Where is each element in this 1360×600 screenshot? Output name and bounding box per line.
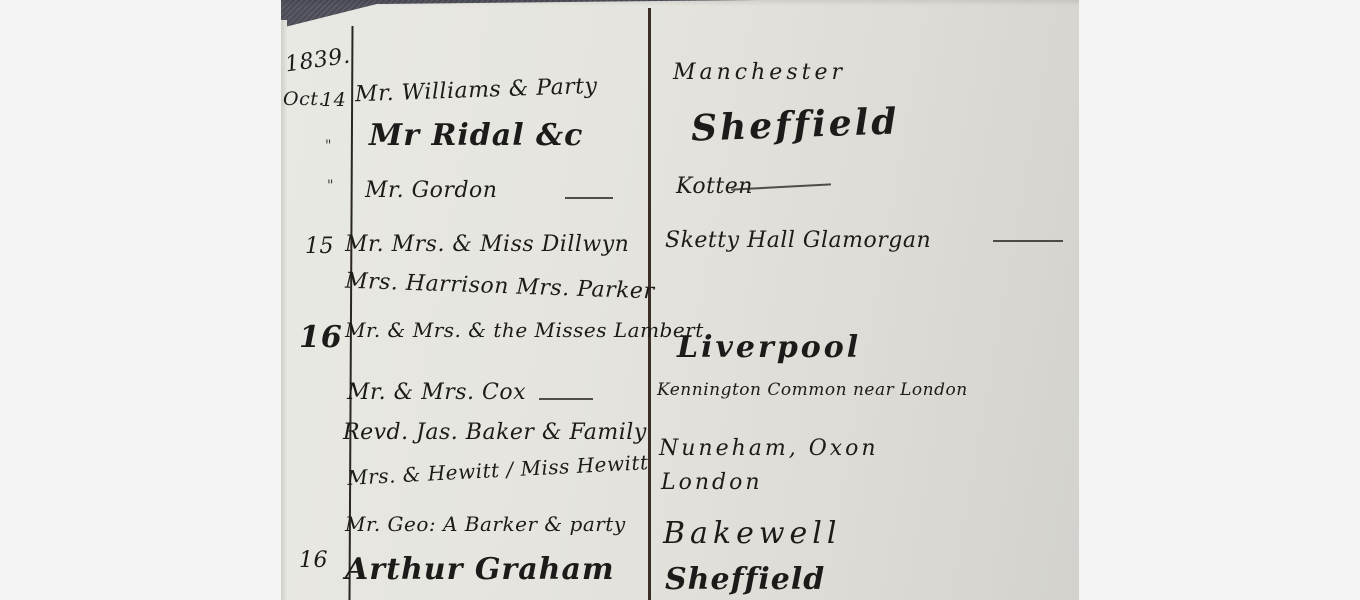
entry-name: Mr. & Mrs. & the Misses Lambert bbox=[345, 318, 704, 342]
entry-residence: Liverpool bbox=[677, 330, 861, 365]
dash-line bbox=[993, 240, 1063, 242]
entry-name: Mr. Williams & Party bbox=[355, 74, 598, 107]
entry-date: " bbox=[325, 138, 332, 154]
entry-name: Revd. Jas. Baker & Family bbox=[343, 420, 647, 445]
entry-residence: Bakewell bbox=[663, 516, 842, 551]
dash-line bbox=[565, 197, 613, 199]
dash-line bbox=[539, 398, 593, 400]
entry-residence: Sheffield bbox=[665, 562, 825, 597]
entry-residence: Kennington Common near London bbox=[657, 380, 968, 400]
entry-residence: Kotten bbox=[676, 174, 753, 199]
entry-name: Mr Ridal &c bbox=[369, 118, 583, 153]
entry-name: Mr. Geo: A Barker & party bbox=[345, 512, 626, 536]
entry-name: Mr. Gordon bbox=[365, 178, 497, 203]
image-frame: 1839. Oct. 14 Mr. Williams & Party Manch… bbox=[0, 0, 1360, 600]
entry-date: 15 bbox=[305, 234, 334, 259]
entry-date: 16 bbox=[299, 320, 343, 355]
year-label: 1839. bbox=[284, 44, 352, 78]
entry-date: 16 bbox=[299, 548, 328, 573]
entry-name: Mrs. Harrison Mrs. Parker bbox=[345, 269, 655, 305]
entry-residence: London bbox=[661, 470, 763, 495]
guest-register-photo: 1839. Oct. 14 Mr. Williams & Party Manch… bbox=[281, 0, 1079, 600]
entry-date: 14 bbox=[321, 89, 346, 111]
entry-date: " bbox=[327, 178, 334, 194]
page-shadow bbox=[281, 0, 1079, 6]
entry-residence: Nuneham, Oxon bbox=[659, 436, 879, 461]
entry-residence: Sketty Hall Glamorgan bbox=[665, 228, 931, 253]
entry-name: Mrs. & Hewitt / Miss Hewitt bbox=[347, 450, 649, 490]
entry-name: Mr. & Mrs. Cox bbox=[347, 380, 526, 405]
entry-name: Arthur Graham bbox=[345, 552, 615, 587]
entry-residence: Sheffield bbox=[690, 100, 900, 149]
entry-residence: Manchester bbox=[673, 60, 846, 85]
month-label: Oct. bbox=[283, 88, 325, 110]
entry-name: Mr. Mrs. & Miss Dillwyn bbox=[345, 232, 629, 257]
